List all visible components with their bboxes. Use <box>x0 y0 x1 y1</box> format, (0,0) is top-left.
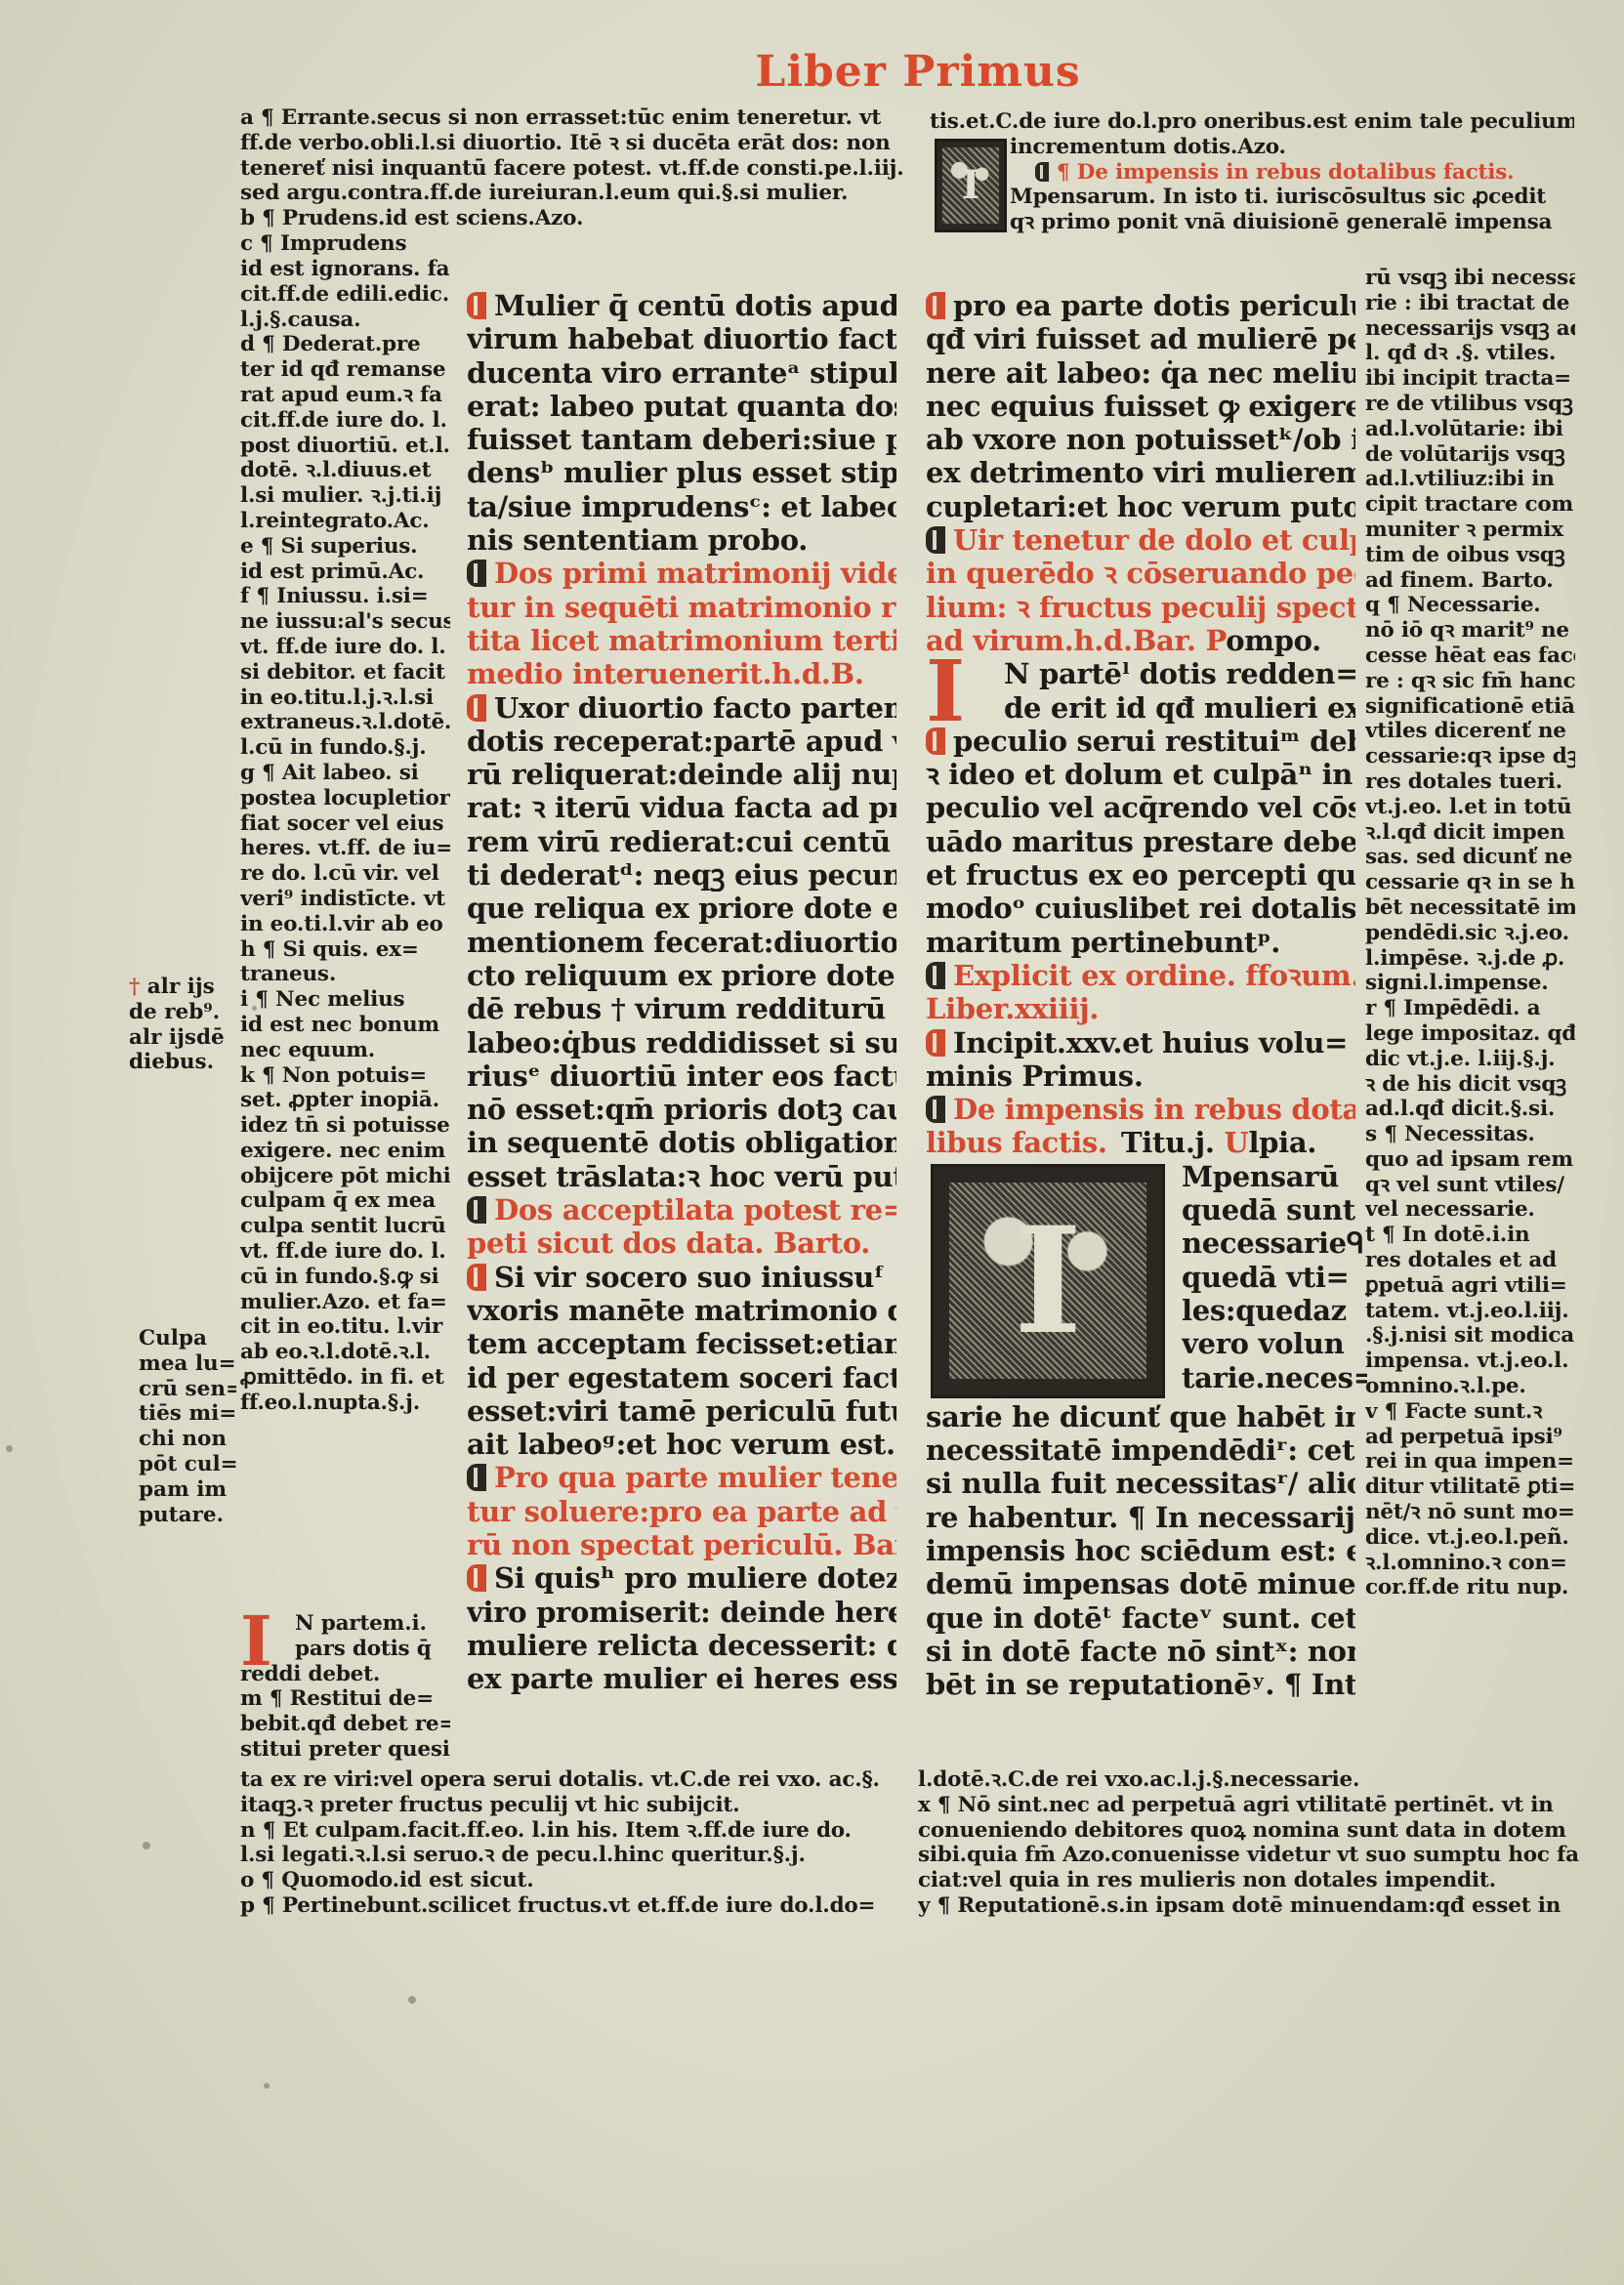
text-line: ꝛ.l.omnino.ꝛ con= <box>1365 1551 1575 1576</box>
gloss-line: N partem.i. <box>295 1611 450 1637</box>
gloss-line: pars dotis q̄ <box>295 1637 450 1662</box>
text-line: heres. vt.ff. de iu= <box>240 836 450 861</box>
text-line: sed argu.contra.ff.de iureiuran.l.eum qu… <box>240 181 914 206</box>
line-text: Dos acceptilata potest re= <box>494 1193 896 1226</box>
pilcrow-icon <box>467 1264 486 1291</box>
rubric-line: tur in sequēti matrimonio repe <box>467 591 896 624</box>
text-line: cū in fundo.§.ꝙ si <box>240 1265 450 1290</box>
text-line: dic vt.j.e. l.iij.§.j. <box>1365 1047 1575 1072</box>
rubric-paragraph: Pro qua parte mulier tene=tur soluere:pr… <box>467 1461 896 1561</box>
text-line: crū sen= <box>139 1377 236 1402</box>
text-line: vt. ff.de iure do. l. <box>240 635 450 660</box>
line-text: nere ait labeo: q̇a nec meliusⁱ <box>926 356 1355 390</box>
main-line: Incipit.xxv.et huius volu= <box>926 1026 1355 1059</box>
text-line: l.impēse. ꝛ.j.de ꝓ. <box>1365 946 1575 972</box>
line-text: pro ea parte dotis periculum <box>953 289 1355 322</box>
line-text: peti sicut dos data. Barto. <box>467 1226 870 1260</box>
text-line: e ¶ Si superius. <box>240 534 450 560</box>
line-text: Liber.xxiiij. <box>926 992 1099 1025</box>
text-line: exigere. nec enim <box>240 1139 450 1164</box>
line-text: virum habebat diuortio facto <box>467 322 896 355</box>
main-line: nec equius fuisset ꝙ exigere vir <box>926 390 1355 423</box>
line-text: viro promiserit: deinde herede <box>467 1596 896 1629</box>
main-line: Uxor diuortio facto partem <box>467 691 896 725</box>
text-line: nō iō qꝛ marit⁹ ne <box>1365 618 1575 644</box>
line-text: ta/siue imprudensᶜ: et labeo= <box>467 490 896 523</box>
text-line: obijcere pōt michi <box>240 1164 450 1189</box>
text-line: idez tn̄ si potuisset <box>240 1113 450 1139</box>
text-line: cit.ff.de edili.edic. <box>240 282 450 308</box>
main-line: nis sententiam probo. <box>467 523 896 557</box>
text-line: tim de oibus vsqꝫ <box>1365 543 1575 568</box>
text-line: n ¶ Et culpam.facit.ff.eo. l.in his. Ite… <box>240 1818 914 1844</box>
text-line: quedā sunt <box>1182 1193 1367 1226</box>
pilcrow-icon <box>926 1029 945 1057</box>
line-text: dē rebus † virum redditurū ait <box>467 992 896 1025</box>
pilcrow-icon <box>467 1196 486 1224</box>
line-text: rem virū redierat:cui centū do <box>467 825 896 858</box>
pilcrow-icon <box>467 1564 486 1592</box>
red-initial: I <box>926 653 965 731</box>
text-line: ditur vtilitatē ꝑti= <box>1365 1475 1575 1500</box>
pilcrow-icon <box>926 292 945 319</box>
line-text: ex parte mulier ei heres esset: <box>467 1662 896 1695</box>
text-line: l.si mulier. ꝛ.j.ti.ij <box>240 483 450 509</box>
main-line: rat: ꝛ iterū vidua facta ad prio <box>467 791 896 824</box>
line-text: tur in sequēti matrimonio repe <box>467 591 896 624</box>
text-line: ad finem. Barto. <box>1365 568 1575 594</box>
main-line: Si quisʰ pro muliere dotez <box>467 1561 896 1595</box>
text-line: o ¶ Quomodo.id est sicut. <box>240 1868 914 1893</box>
line-text: Uir tenetur de dolo et culpa <box>953 523 1355 557</box>
pilcrow-icon <box>467 1464 486 1491</box>
pilcrow-icon <box>467 694 486 722</box>
text-paragraph: Uxor diuortio facto partemdotis recepera… <box>467 691 896 1193</box>
gloss-top-right: tis.et.C.de iure do.l.pro oneribus.est e… <box>930 109 1574 235</box>
main-line: qđ viri fuisset ad mulierē perti <box>926 322 1355 355</box>
line-text: vxoris manēte matrimonio do <box>467 1294 896 1327</box>
text-line: vt.j.eo. l.et in totū <box>1365 795 1575 820</box>
main-line: in sequentē dotis obligationē <box>467 1126 896 1159</box>
text-line: ꝛ.l.qđ dicit impen <box>1365 820 1575 846</box>
text-line: ff.eo.l.nupta.§.j. <box>240 1391 450 1416</box>
pilcrow-icon <box>467 292 486 319</box>
main-line: cupletari:et hoc verum puto. <box>926 490 1355 523</box>
main-line: dotis receperat:partē apud vi <box>467 725 896 758</box>
main-line: fuisset tantam deberi:siue pru= <box>467 423 896 456</box>
text-line: sarie he dicunť que habēt in se <box>926 1400 1355 1433</box>
main-line: virum habebat diuortio facto <box>467 322 896 355</box>
marginal-text: alr ijs <box>147 975 215 999</box>
line-text: nis sententiam probo. <box>467 523 808 557</box>
text-line: ff.de verbo.obli.l.si diuortio. Itē ꝛ si… <box>240 131 914 156</box>
text-line: tiēs mi= <box>139 1401 236 1427</box>
running-head: Liber Primus <box>742 47 1094 97</box>
text-line: ꝑpetuā agri vtili= <box>1365 1273 1575 1299</box>
dagger-marker: † <box>129 975 140 999</box>
main-line: N partēˡ dotis redden= <box>1004 657 1355 690</box>
main-line: riusᵉ diuortiū inter eos factum <box>467 1059 896 1093</box>
text-line: l.j.§.causa. <box>240 308 450 333</box>
gloss-left-after-initial: m ¶ Restitui de=bebit.qđ debet re=stitui… <box>240 1686 450 1762</box>
text-line: y ¶ Reputationē.s.in ipsam dotē minuenda… <box>918 1893 1582 1919</box>
text-line: res dotales tueri. <box>1365 769 1575 795</box>
text-line: putare. <box>139 1503 236 1528</box>
text-line: quo ad ipsam rem <box>1365 1147 1575 1173</box>
text-line: conueniendo debitores quoꝝ nomina sunt d… <box>918 1818 1582 1844</box>
text-line: impensis hoc sciēdum est: eas <box>926 1534 1355 1567</box>
gloss-left-column: id est ignorans. facit.ff.de edili.edic.… <box>240 257 450 1416</box>
paragraph-marker: U <box>1224 1126 1248 1159</box>
paragraph-marker: P <box>1205 624 1226 657</box>
text-line: in eo.titu.l.j.ꝛ.l.si <box>240 685 450 711</box>
main-line: pro ea parte dotis periculum <box>926 289 1355 322</box>
gloss-bottom-right: l.dotē.ꝛ.C.de rei vxo.ac.l.j.§.necessari… <box>918 1767 1582 1919</box>
text-line: muniter ꝛ permix <box>1365 518 1575 543</box>
rubric-paragraph: Uir tenetur de dolo et culpain querēdo ꝛ… <box>926 523 1355 624</box>
line-text: densᵇ mulier plus esset stipula <box>467 456 896 489</box>
text-paragraph: peculio serui restituiᵐ debebit:ꝛ ideo e… <box>926 725 1355 959</box>
text-line: ibi incipit tracta= <box>1365 366 1575 392</box>
text-line: bebit.qđ debet re= <box>240 1712 450 1737</box>
gloss-bottom-left: ta ex re viri:vel opera serui dotalis. v… <box>240 1767 914 1919</box>
text-line: extraneus.ꝛ.l.dotē.ꝛ <box>240 710 450 735</box>
paper-spot <box>6 1445 13 1452</box>
main-line: ducenta viro erranteᵃ stipulata <box>467 356 896 390</box>
text-line: significationē etiā <box>1365 694 1575 720</box>
rubric-line: peti sicut dos data. Barto. <box>467 1226 896 1260</box>
line-text: erat: labeo putat quanta dos <box>467 390 896 423</box>
text-paragraph: Mulier q̄ centū dotis apudvirum habebat … <box>467 289 896 557</box>
line-text: esset:viri tamē periculū futurū <box>467 1394 896 1428</box>
rubric-line: tita licet matrimonium tertij in <box>467 624 896 657</box>
line-text: Incipit.xxv.et huius volu= <box>953 1026 1348 1059</box>
line-text: cupletari:et hoc verum puto. <box>926 490 1355 523</box>
text-line: necessarijs vsqꝫ ad <box>1365 316 1575 342</box>
line-text: minis Primus. <box>926 1059 1144 1093</box>
text-line: t ¶ In dotē.i.in <box>1365 1223 1575 1248</box>
text-line: ta ex re viri:vel opera serui dotalis. v… <box>240 1767 914 1793</box>
text-line: itaqꝫ.ꝛ preter fructus peculij vt hic su… <box>240 1793 914 1818</box>
text-line: ad.l.qđ dicit.§.si. <box>1365 1097 1575 1122</box>
text-line: id est nec bonum <box>240 1013 450 1038</box>
main-line: cto reliquum ex priore dote his <box>467 959 896 992</box>
main-line: viro promiserit: deinde herede <box>467 1596 896 1629</box>
main-line: erat: labeo putat quanta dos <box>467 390 896 423</box>
line-text: fuisset tantam deberi:siue pru= <box>467 423 896 456</box>
text-line: si in dotē facte nō sintˣ: non ha <box>926 1635 1355 1668</box>
line-text: muliere relicta decesserit: qua <box>467 1629 896 1662</box>
rubric-line: Dos primi matrimonij vide <box>467 557 896 590</box>
main-line: ex parte mulier ei heres esset: <box>467 1662 896 1695</box>
main-line: esset:viri tamē periculū futurū <box>467 1394 896 1428</box>
text-line: chi non <box>139 1427 236 1452</box>
line-text: Pro qua parte mulier tene= <box>494 1461 896 1494</box>
text-line: sibi.quia fm̄ Azo.conuenisse videtur vt … <box>918 1843 1582 1868</box>
text-paragraph: Si quisʰ pro muliere dotezviro promiseri… <box>467 1561 896 1695</box>
line-text: uādo maritus prestare debet: <box>926 825 1355 858</box>
text-line: impensa. vt.j.eo.l. <box>1365 1349 1575 1374</box>
text-line: quedā vti= <box>1182 1261 1367 1294</box>
main-line: ompo. <box>1226 624 1321 657</box>
line-text: Mulier q̄ centū dotis apud <box>494 289 896 322</box>
gloss-line: incrementum dotis.Azo. <box>1010 135 1574 160</box>
pilcrow-icon <box>926 1096 945 1123</box>
rubric-paragraph: Explicit ex ordine. ffoꝛum.Liber.xxiiij. <box>926 959 1355 1026</box>
gloss-top-left: a ¶ Errante.secus si non errasset:tūc en… <box>240 105 914 257</box>
rubric-line: lium: ꝛ fructus peculij spectant <box>926 591 1355 624</box>
text-line: post diuortiū. et.l. <box>240 434 450 459</box>
text-line: ad.l.volūtarie: ibi <box>1365 417 1575 442</box>
pilcrow-icon <box>467 560 486 587</box>
main-line: id per egestatem soceri factum <box>467 1361 896 1394</box>
line-text: modoᵒ cuiuslibet rei dotalis ad <box>926 892 1355 925</box>
line-text: mentionem fecerat:diuortio fa <box>467 926 896 959</box>
text-line: veri⁹ indistīcte. vt <box>240 887 450 912</box>
rubric-line: Dos acceptilata potest re= <box>467 1193 896 1226</box>
main-line: modoᵒ cuiuslibet rei dotalis ad <box>926 892 1355 925</box>
text-line: tarie.neces= <box>1182 1361 1367 1394</box>
text-line: stitui preter quesi <box>240 1737 450 1763</box>
text-line: vel necessarie. <box>1365 1197 1575 1223</box>
line-text: riusᵉ diuortiū inter eos factum <box>467 1059 896 1093</box>
text-line: g ¶ Ait labeo. si <box>240 761 450 786</box>
text-line: ad.l.vtiliuz:ibi in <box>1365 467 1575 492</box>
text-line: in eo.ti.l.vir ab eo <box>240 912 450 937</box>
main-line: mentionem fecerat:diuortio fa <box>467 926 896 959</box>
line-text: in querēdo ꝛ cōseruando pecu <box>926 557 1355 590</box>
main-line: labeo:q̇bus reddidisset si supe <box>467 1026 896 1059</box>
text-line: ab eo.ꝛ.l.dotē.ꝛ.l. <box>240 1340 450 1365</box>
line-text: rat: ꝛ iterū vidua facta ad prio <box>467 791 896 824</box>
main-line: minis Primus. <box>926 1059 1355 1093</box>
text-line: fiat socer vel eius <box>240 811 450 837</box>
text-line: si debitor. et facit <box>240 660 450 685</box>
line-text: ab vxore non potuissetᵏ/ob id <box>926 423 1355 456</box>
text-line: pam im <box>139 1477 236 1503</box>
text-line: h ¶ Si quis. ex= <box>240 937 450 963</box>
line-text: medio interuenerit.h.d.B. <box>467 657 864 690</box>
text-line: cipit tractare com <box>1365 492 1575 518</box>
line-text: qđ viri fuisset ad mulierē perti <box>926 322 1355 355</box>
line-text: nec equius fuisset ꝙ exigere vir <box>926 390 1355 423</box>
rubric-line: Explicit ex ordine. ffoꝛum. <box>926 959 1355 992</box>
text-line: id est ignorans. fa <box>240 257 450 282</box>
line-text: De impensis in rebus dota <box>953 1093 1355 1126</box>
text-line: mea lu= <box>139 1351 236 1377</box>
woodcut-initial-small: I <box>935 139 1007 232</box>
text-line: necessitatē impendēdiʳ: ceterū <box>926 1433 1355 1467</box>
main-line: ait labeoᵍ:et hoc verum est. <box>467 1428 896 1461</box>
main-line: peculio serui restituiᵐ debebit: <box>926 725 1355 758</box>
text-line: x ¶ Nō sint.nec ad perpetuā agri vtilita… <box>918 1793 1582 1818</box>
text-line: cor.ff.de ritu nup. <box>1365 1575 1575 1600</box>
line-text: cto reliquum ex priore dote his <box>467 959 896 992</box>
line-text: dotis receperat:partē apud vi <box>467 725 896 758</box>
main-line: peculio vel acq̄rendo vel cōser <box>926 791 1355 824</box>
text-line: tenereť nisi inquantū facere potest. vt.… <box>240 156 914 182</box>
text-line: k ¶ Non potuis= <box>240 1063 450 1089</box>
text-line: vt. ff.de iure do. l. <box>240 1239 450 1265</box>
text-line: mulier.Azo. et fa= <box>240 1290 450 1315</box>
text-line: lege impositaz. qđ <box>1365 1021 1575 1047</box>
line-text: labeo:q̇bus reddidisset si supe <box>467 1026 896 1059</box>
line-text: lium: ꝛ fructus peculij spectant <box>926 591 1355 624</box>
rubric-line: rū non spectat periculū. Bar. <box>467 1528 896 1561</box>
text-line: re habentur. ¶ In necessarijs <box>926 1501 1355 1534</box>
gloss-line: qꝛ primo ponit vnā diuisionē generalē im… <box>1010 210 1574 235</box>
pilcrow-icon <box>926 727 945 755</box>
main-line: Si vir socero suo iniussuᶠ <box>467 1261 896 1294</box>
text-line: q ¶ Necessarie. <box>1365 593 1575 618</box>
line-text: id per egestatem soceri factum <box>467 1361 896 1394</box>
text-paragraph: pro ea parte dotis periculumqđ viri fuis… <box>926 289 1355 523</box>
text-line: l.dotē.ꝛ.C.de rei vxo.ac.l.j.§.necessari… <box>918 1767 1582 1793</box>
text-line: .§.j.nisi sit modica <box>1365 1323 1575 1349</box>
rubric-line: ad virum.h.d.Bar. Pompo. <box>926 624 1355 657</box>
main-line: ꝛ ideo et dolum et culpāⁿ in eo <box>926 758 1355 791</box>
text-line: l.reintegrato.Ac. <box>240 509 450 534</box>
text-line: Culpa <box>139 1326 236 1351</box>
main-text-left: Mulier q̄ centū dotis apudvirum habebat … <box>467 289 896 1695</box>
line-text: ait labeoᵍ:et hoc verum est. <box>467 1428 895 1461</box>
main-line: esset trāslata:ꝛ hoc verū puto. <box>467 1160 896 1193</box>
line-text: Dos primi matrimonij vide <box>494 557 896 590</box>
main-line: densᵇ mulier plus esset stipula <box>467 456 896 489</box>
text-line: ad perpetuā ipsi⁹ <box>1365 1425 1575 1450</box>
main-line: tem acceptam fecisset:etiam si <box>467 1327 896 1360</box>
line-text: ex detrimento viri mulierem lo <box>926 456 1355 489</box>
text-line: a ¶ Errante.secus si non errasset:tūc en… <box>240 105 914 131</box>
rubric-line: Pro qua parte mulier tene= <box>467 1461 896 1494</box>
main-line: que reliqua ex priore dote erat <box>467 892 896 925</box>
text-line: cit.ff.de iure do. l. <box>240 408 450 434</box>
text-line: si nulla fuit necessitasʳ/ alio iu <box>926 1467 1355 1500</box>
text-line: v ¶ Facte sunt.ꝛ <box>1365 1399 1575 1425</box>
line-text: esset trāslata:ꝛ hoc verū puto. <box>467 1160 896 1193</box>
paper-spot <box>143 1842 150 1849</box>
gloss-line: Mpensarum. In isto ti. iuriscōsultus sic… <box>1010 185 1574 210</box>
text-line: re : qꝛ sic fm̄ hanc <box>1365 669 1575 694</box>
line-text: peculio vel acq̄rendo vel cōser <box>926 791 1355 824</box>
line-text: maritum pertinebuntᵖ. <box>926 926 1280 959</box>
text-line: qꝛ vel sunt vtiles/ <box>1365 1173 1575 1198</box>
text-line: d ¶ Dederat.pre <box>240 332 450 357</box>
woodcut-letter: I <box>949 1183 1145 1379</box>
text-line: signi.l.impense. <box>1365 971 1575 996</box>
main-line: ti dederatᵈ: neqꝫ eius pecunie <box>467 858 896 892</box>
rubric-paragraph: Dos acceptilata potest re=peti sicut dos… <box>467 1193 896 1261</box>
text-line: demū impensas dotē minuere <box>926 1567 1355 1600</box>
main-line: ta/siue imprudensᶜ: et labeo= <box>467 490 896 523</box>
text-line: cessarie qꝛ in se ha <box>1365 870 1575 895</box>
rubric-line: Liber.xxiiij. <box>926 992 1355 1025</box>
text-line: les:quedaz <box>1182 1294 1367 1327</box>
main-line: rū reliquerat:deinde alij nupse <box>467 758 896 791</box>
line-text: Explicit ex ordine. ffoꝛum. <box>953 959 1355 992</box>
line-text: tur soluere:pro ea parte ad vi= <box>467 1495 896 1528</box>
red-initial: I <box>240 1607 272 1676</box>
text-line: cessarie:qꝛ ipse dꝫ <box>1365 744 1575 769</box>
text-line: sas. sed dicunť ne <box>1365 845 1575 870</box>
marginal-text: alr ijsdē <box>129 1025 225 1050</box>
main-line: Mulier q̄ centū dotis apud <box>467 289 896 322</box>
line-text: Si quisʰ pro muliere dotez <box>494 1561 896 1595</box>
main-line: nō esset:qm̄ prioris dotꝫ causa <box>467 1093 896 1126</box>
text-line: pōt cul= <box>139 1452 236 1477</box>
line-text: que reliqua ex priore dote erat <box>467 892 896 925</box>
rubric-line: Uir tenetur de dolo et culpa <box>926 523 1355 557</box>
line-text: in sequentē dotis obligationē <box>467 1126 896 1159</box>
gloss-line: tis.et.C.de iure do.l.pro oneribus.est e… <box>930 109 1574 135</box>
text-line: nec equum. <box>240 1038 450 1063</box>
main-line: muliere relicta decesserit: qua <box>467 1629 896 1662</box>
text-line: set. ꝓpter inopiā. <box>240 1088 450 1113</box>
rubric-paragraph: Dos primi matrimonij videtur in sequēti … <box>467 557 896 690</box>
main-line: ex detrimento viri mulierem lo <box>926 456 1355 489</box>
text-line: necessarieᑫ <box>1182 1226 1367 1260</box>
text-line: s ¶ Necessitas. <box>1365 1122 1575 1147</box>
text-line: rie : ibi tractat de <box>1365 291 1575 316</box>
text-line: pendēdi.sic ꝛ.j.eo. <box>1365 921 1575 946</box>
pilcrow-icon <box>926 526 945 554</box>
pilcrow-icon <box>1035 162 1049 182</box>
main-line: uādo maritus prestare debet: <box>926 825 1355 858</box>
text-line: r ¶ Impēdēdi. a <box>1365 996 1575 1021</box>
text-line: ter id qđ remanse <box>240 357 450 383</box>
line-text: Si vir socero suo iniussuᶠ <box>494 1261 885 1294</box>
text-line: c ¶ Imprudens <box>240 231 914 257</box>
gloss-right-column: rū vsqꝫ ibi necessarie : ibi tractat den… <box>1365 266 1575 1600</box>
marginal-note-2: Culpamea lu=crū sen=tiēs mi=chi nonpōt c… <box>139 1326 236 1527</box>
text-line: vero volun <box>1182 1327 1367 1360</box>
text-paragraph: Si vir socero suo iniussuᶠvxoris manēte … <box>467 1261 896 1462</box>
text-line: culpam q̄ ex mea <box>240 1188 450 1214</box>
line-text: et fructus ex eo percepti quo= <box>926 858 1355 892</box>
text-line: bēt in se reputationēʸ. ¶ Inter <box>926 1668 1355 1701</box>
text-line: rei in qua impen= <box>1365 1449 1575 1475</box>
text-line: l. qđ dꝛ .§. vtiles. <box>1365 341 1575 366</box>
main-text-right: pro ea parte dotis periculumqđ viri fuis… <box>926 289 1355 1701</box>
text-line: vtiles dicerenť ne <box>1365 719 1575 744</box>
text-line: rat apud eum.ꝛ fa <box>240 383 450 408</box>
line-text: ꝛ ideo et dolum et culpāⁿ in eo <box>926 758 1355 791</box>
text-line: tatem. vt.j.eo.l.iij. <box>1365 1299 1575 1324</box>
rubric-text: ¶ De impensis in rebus dotalibus factis. <box>1057 160 1514 185</box>
woodcut-letter: I <box>942 147 999 223</box>
line-text: ti dederatᵈ: neqꝫ eius pecunie <box>467 858 896 892</box>
text-line: cesse hēat eas face <box>1365 644 1575 669</box>
woodcut-initial-large: I <box>931 1164 1165 1398</box>
line-text: tem acceptam fecisset:etiam si <box>467 1327 896 1360</box>
line-text: nō esset:qm̄ prioris dotꝫ causa <box>467 1093 896 1126</box>
line-text: peculio serui restituiᵐ debebit: <box>953 725 1355 758</box>
text-line: dotē. ꝛ.l.diuus.et <box>240 458 450 483</box>
gloss-rubric: ¶ De impensis in rebus dotalibus factis. <box>1010 160 1574 186</box>
line-text: rū non spectat periculū. Bar. <box>467 1528 896 1561</box>
text-paragraph: Incipit.xxv.et huius volu=minis Primus. <box>926 1026 1355 1094</box>
rubric-line: De impensis in rebus dota <box>926 1093 1355 1126</box>
rubric-line: tur soluere:pro ea parte ad vi= <box>467 1495 896 1528</box>
text-line: nēt/ꝛ nō sunt mo= <box>1365 1500 1575 1525</box>
text-line: omnino.ꝛ.l.pe. <box>1365 1374 1575 1399</box>
gloss-left-initial-block: I N partem.i. pars dotis q̄ reddi debet.… <box>240 1611 450 1763</box>
text-line: l.cū in fundo.§.j. <box>240 735 450 761</box>
text-line: i ¶ Nec melius <box>240 987 450 1013</box>
text-line: f ¶ Iniussu. i.si= <box>240 584 450 609</box>
text-line: re de vtilibus vsqꝫ <box>1365 392 1575 417</box>
rubric-line: in querēdo ꝛ cōseruando pecu <box>926 557 1355 590</box>
